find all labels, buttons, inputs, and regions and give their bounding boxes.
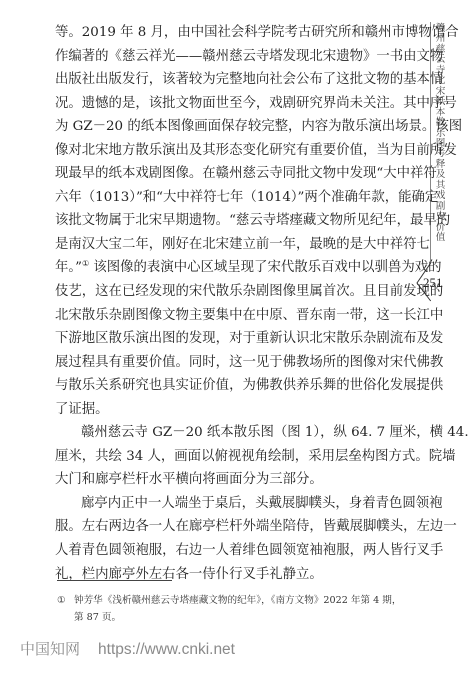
footnote-mark: ① [57, 592, 66, 609]
footnote-text: 钟芳华《浅析赣州慈云寺塔瘗藏文物的纪年》，《南方文物》2022 年第 4 期，第… [57, 592, 402, 626]
watermark-url[interactable]: https://www.cnki.net [98, 641, 235, 658]
text-line: 该批文物属于北宋早期遗物。“慈云寺塔瘗藏文物所见纪年，最早的 [55, 209, 396, 233]
text-line: 等。2019 年 8 月，由中国社会科学院考古研究所和赣州市博物馆合 [55, 21, 396, 45]
text-line: 像对北宋地方散乐演出及其形态变化研究有重要价值，当为目前所发 [55, 139, 396, 163]
paragraph-start-line: 赣州慈云寺 GZ－20 纸本散乐图（图 1），纵 64. 7 厘米，横 44. … [55, 421, 396, 445]
text-line: 北宋散乐杂剧图像文物主要集中在中原、晋东南一带，这一长江中 [55, 304, 396, 328]
footnote: ① 钟芳华《浅析赣州慈云寺塔瘗藏文物的纪年》，《南方文物》2022 年第 4 期… [57, 592, 402, 626]
text-line: 展过程具有重要价值。同时，这一见于佛教场所的图像对宋代佛教 [55, 351, 396, 375]
text-line: 为 GZ－20 的纸本图像画面保存较完整，内容为散乐演出场景。该图 [55, 115, 396, 139]
text-line: 厘米，共绘 34 人，画面以俯视视角绘制，采用层垒构图方式。院墙 [55, 445, 396, 469]
text-segment: 该图像的表演中心区域呈现了宋代散乐百戏中以驯兽为戏的 [89, 260, 441, 275]
text-line: 六年（1013）”和“大中祥符七年（1014）”两个准确年款，能确定 [55, 186, 396, 210]
text-segment: 年。” [55, 260, 82, 275]
text-line: 人着青色圆领袍服，右边一人着绯色圆领宽袖袍服，两人皆行叉手 [55, 539, 396, 563]
text-line: 作编著的《慈云祥光——赣州慈云寺塔发现北宋遗物》一书由文物 [55, 45, 396, 69]
text-line: 与散乐关系研究也具实证价值，为佛教供养乐舞的世俗化发展提供 [55, 374, 396, 398]
text-line-with-footnote: 年。”① 该图像的表演中心区域呈现了宋代散乐百戏中以驯兽为戏的 [55, 256, 396, 280]
text-line: 下游地区散乐演出图的发现，对于重新认识北宋散乐杂剧流布及发 [55, 327, 396, 351]
text-line: 伎艺，这在已经发现的宋代散乐杂剧图像里属首次。且目前发现的 [55, 280, 396, 304]
watermark-brand: 中国知网 [20, 640, 80, 658]
body-text: 等。2019 年 8 月，由中国社会科学院考古研究所和赣州市博物馆合 作编著的《… [55, 21, 396, 586]
text-line: 出版社出版发行，该著较为完整地向社会公布了这批文物的基本情 [55, 68, 396, 92]
footnote-divider [57, 580, 172, 581]
text-line: 大门和廊亭栏杆水平横向将画面分为三部分。 [55, 468, 396, 492]
text-line: 了证据。 [55, 398, 396, 422]
text-line: 礼，栏内廊亭外左右各一侍仆行叉手礼静立。 [55, 563, 396, 587]
paragraph-start-line: 廊亭内正中一人端坐于桌后，头戴展脚幞头，身着青色圆领袍 [55, 492, 396, 516]
text-line: 况。遗憾的是，该批文物面世至今，戏剧研究界尚未关注。其中序号 [55, 92, 396, 116]
text-line: 现最早的纸本戏剧图像。在赣州慈云寺同批文物中发现“大中祥符 [55, 162, 396, 186]
text-line: 是南汉大宝二年，刚好在北宋建立前一年，最晚的是大中祥符七 [55, 233, 396, 257]
text-line: 服。左右两边各一人在廊亭栏杆外端坐陪侍，皆戴展脚幞头，左边一 [55, 515, 396, 539]
watermark: 中国知网https://www.cnki.net [20, 639, 235, 660]
